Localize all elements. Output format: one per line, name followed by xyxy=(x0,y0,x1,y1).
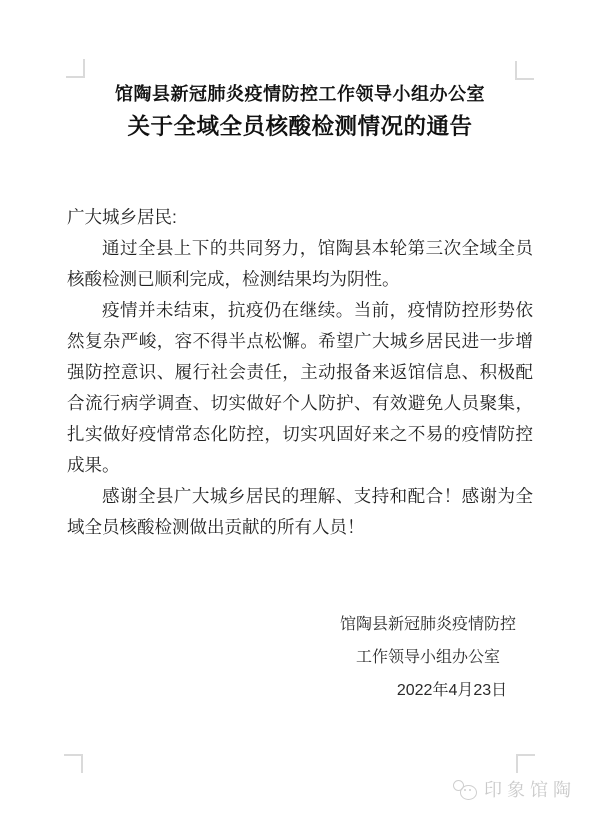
watermark-text: 印象馆陶 xyxy=(484,778,576,803)
salutation: 广大城乡居民: xyxy=(67,202,533,233)
body-paragraph-1: 通过全县上下的共同努力，馆陶县本轮第三次全域全员核酸检测已顺利完成，检测结果均为… xyxy=(67,233,533,295)
signature-date: 2022年4月23日 xyxy=(363,674,541,707)
notice-document-page: 馆陶县新冠肺炎疫情防控工作领导小组办公室 关于全域全员核酸检测情况的通告 广大城… xyxy=(0,0,600,818)
title-issuing-office: 馆陶县新冠肺炎疫情防控工作领导小组办公室 xyxy=(0,80,600,108)
document-body: 广大城乡居民: 通过全县上下的共同努力，馆陶县本轮第三次全域全员核酸检测已顺利完… xyxy=(67,202,533,543)
document-title: 馆陶县新冠肺炎疫情防控工作领导小组办公室 关于全域全员核酸检测情况的通告 xyxy=(0,80,600,144)
signature-org-line-1: 馆陶县新冠肺炎疫情防控 xyxy=(339,608,517,641)
signature-block: 馆陶县新冠肺炎疫情防控 工作领导小组办公室 2022年4月23日 xyxy=(339,608,517,707)
watermark: 印象馆陶 xyxy=(452,778,576,803)
corner-mark-top-left xyxy=(66,59,85,78)
mascot-logo-icon xyxy=(452,778,479,803)
body-paragraph-2: 疫情并未结束，抗疫仍在继续。当前，疫情防控形势依然复杂严峻，容不得半点松懈。希望… xyxy=(67,295,533,481)
corner-mark-top-right xyxy=(515,61,534,80)
corner-mark-bottom-right xyxy=(516,754,535,773)
signature-org-line-2: 工作领导小组办公室 xyxy=(339,641,517,674)
corner-mark-bottom-left xyxy=(64,754,83,773)
body-paragraph-3: 感谢全县广大城乡居民的理解、支持和配合！感谢为全域全员核酸检测做出贡献的所有人员… xyxy=(67,481,533,543)
title-notice-subject: 关于全域全员核酸检测情况的通告 xyxy=(0,110,600,144)
